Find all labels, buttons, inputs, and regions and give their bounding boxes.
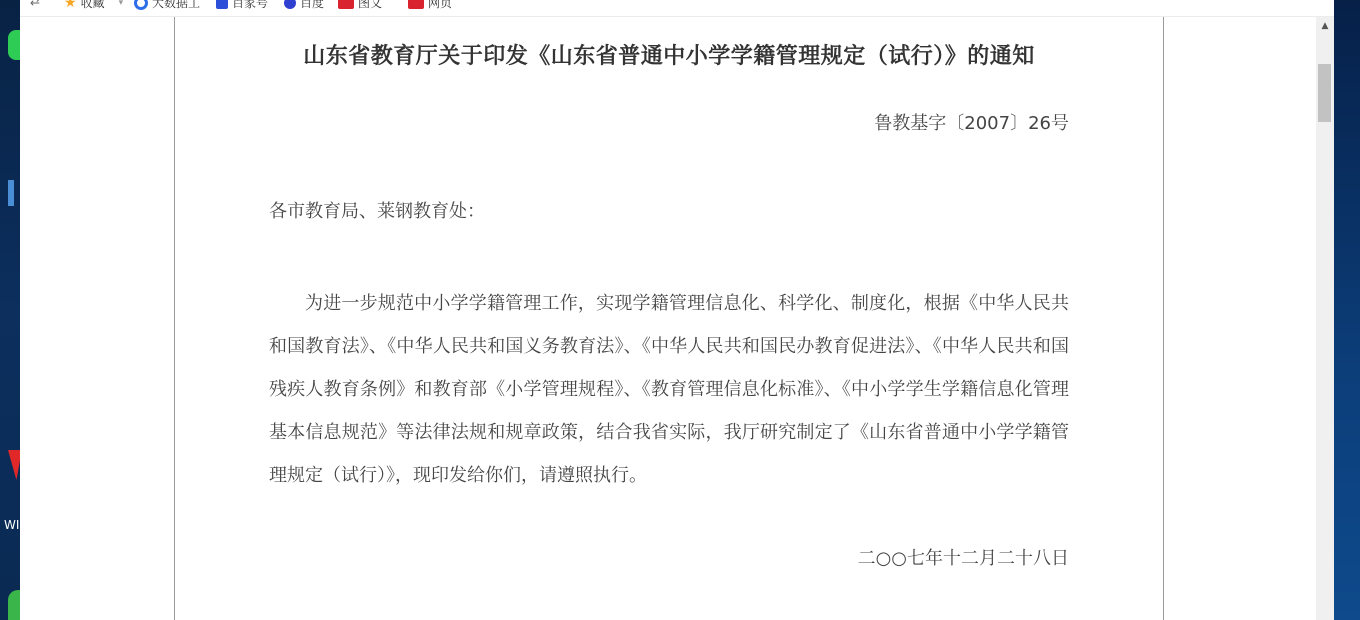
user-icon [216,0,228,9]
back-forward-fragment[interactable]: ⇄ [30,0,40,8]
circle-check-icon [134,0,148,10]
desktop-icon-label: WI [4,518,19,532]
red-badge-icon [408,0,424,9]
document-page: 山东省教育厅关于印发《山东省普通中小学学籍管理规定（试行）》的通知 鲁教基字〔2… [174,17,1164,620]
desktop-app-icon[interactable] [8,180,14,206]
scrollbar-thumb[interactable] [1318,64,1331,122]
bookmark-wangye[interactable]: 网页 [408,0,452,11]
bookmark-label: 大数据工 [152,0,200,11]
document-date: 二○○七年十二月二十八日 [858,544,1069,570]
document-body: 为进一步规范中小学学籍管理工作，实现学籍管理信息化、科学化、制度化，根据《中华人… [269,282,1069,497]
star-icon: ★ [64,0,77,11]
document-salutation: 各市教育局、莱钢教育处： [269,197,485,223]
document-title: 山东省教育厅关于印发《山东省普通中小学学籍管理规定（试行）》的通知 [175,39,1163,70]
chevron-down-icon: ▾ [119,0,124,8]
browser-window: ⇄ ★ 收藏 ▾ 大数据工 百家号 百度 图文 网页 山东省教育厅关于印发《山 [20,0,1334,620]
red-badge-icon [338,0,354,9]
bookmark-tuwen[interactable]: 图文 [338,0,382,11]
bookmark-favorites[interactable]: ★ 收藏 ▾ [64,0,123,11]
bookmark-label: 收藏 [81,0,105,11]
bookmark-bigdata[interactable]: 大数据工 [134,0,200,11]
bookmark-baidu[interactable]: 百度 [284,0,324,11]
bookmark-baijiahao[interactable]: 百家号 [216,0,268,11]
bookmark-label: 网页 [428,0,452,11]
vertical-scrollbar[interactable]: ▲ [1316,17,1334,620]
bookmarks-bar: ⇄ ★ 收藏 ▾ 大数据工 百家号 百度 图文 网页 [20,0,1334,17]
baidu-paw-icon [284,0,296,9]
scroll-up-arrow-icon[interactable]: ▲ [1316,17,1334,35]
desktop-background-left: WI [0,0,20,620]
bookmark-label: 百度 [300,0,324,11]
document-number: 鲁教基字〔2007〕26号 [874,109,1069,135]
bookmark-label: 百家号 [232,0,268,11]
page-viewport: 山东省教育厅关于印发《山东省普通中小学学籍管理规定（试行）》的通知 鲁教基字〔2… [20,17,1316,620]
bookmark-label: 图文 [358,0,382,11]
desktop-background-right [1334,0,1360,620]
